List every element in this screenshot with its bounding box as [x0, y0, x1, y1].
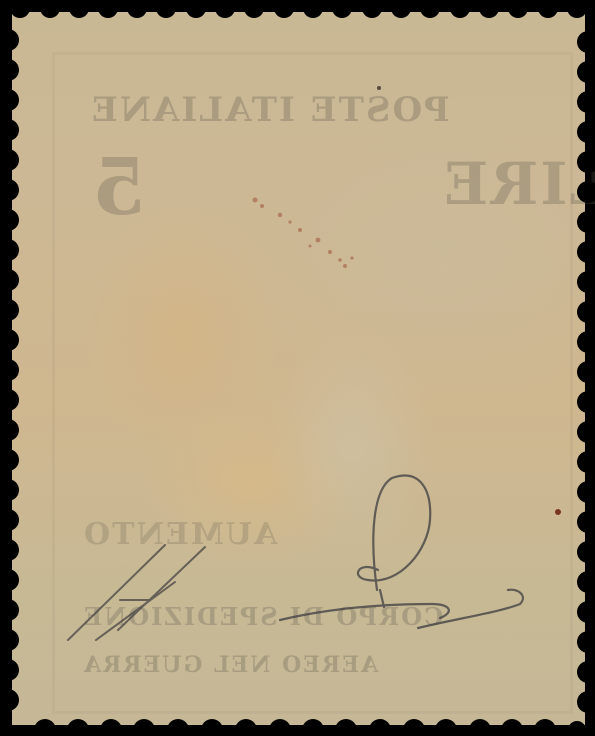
- pencil-hatch-mark-icon: [68, 545, 205, 640]
- markings-layer: [0, 0, 595, 736]
- pencil-signature-icon: [280, 476, 523, 628]
- rust-spots-icon: [253, 198, 354, 269]
- stamp-photo: POSTE ITALIANE 5 LIRE AUMENTO CORPO DI S…: [0, 0, 595, 736]
- rust-spot-right-icon: [555, 509, 561, 515]
